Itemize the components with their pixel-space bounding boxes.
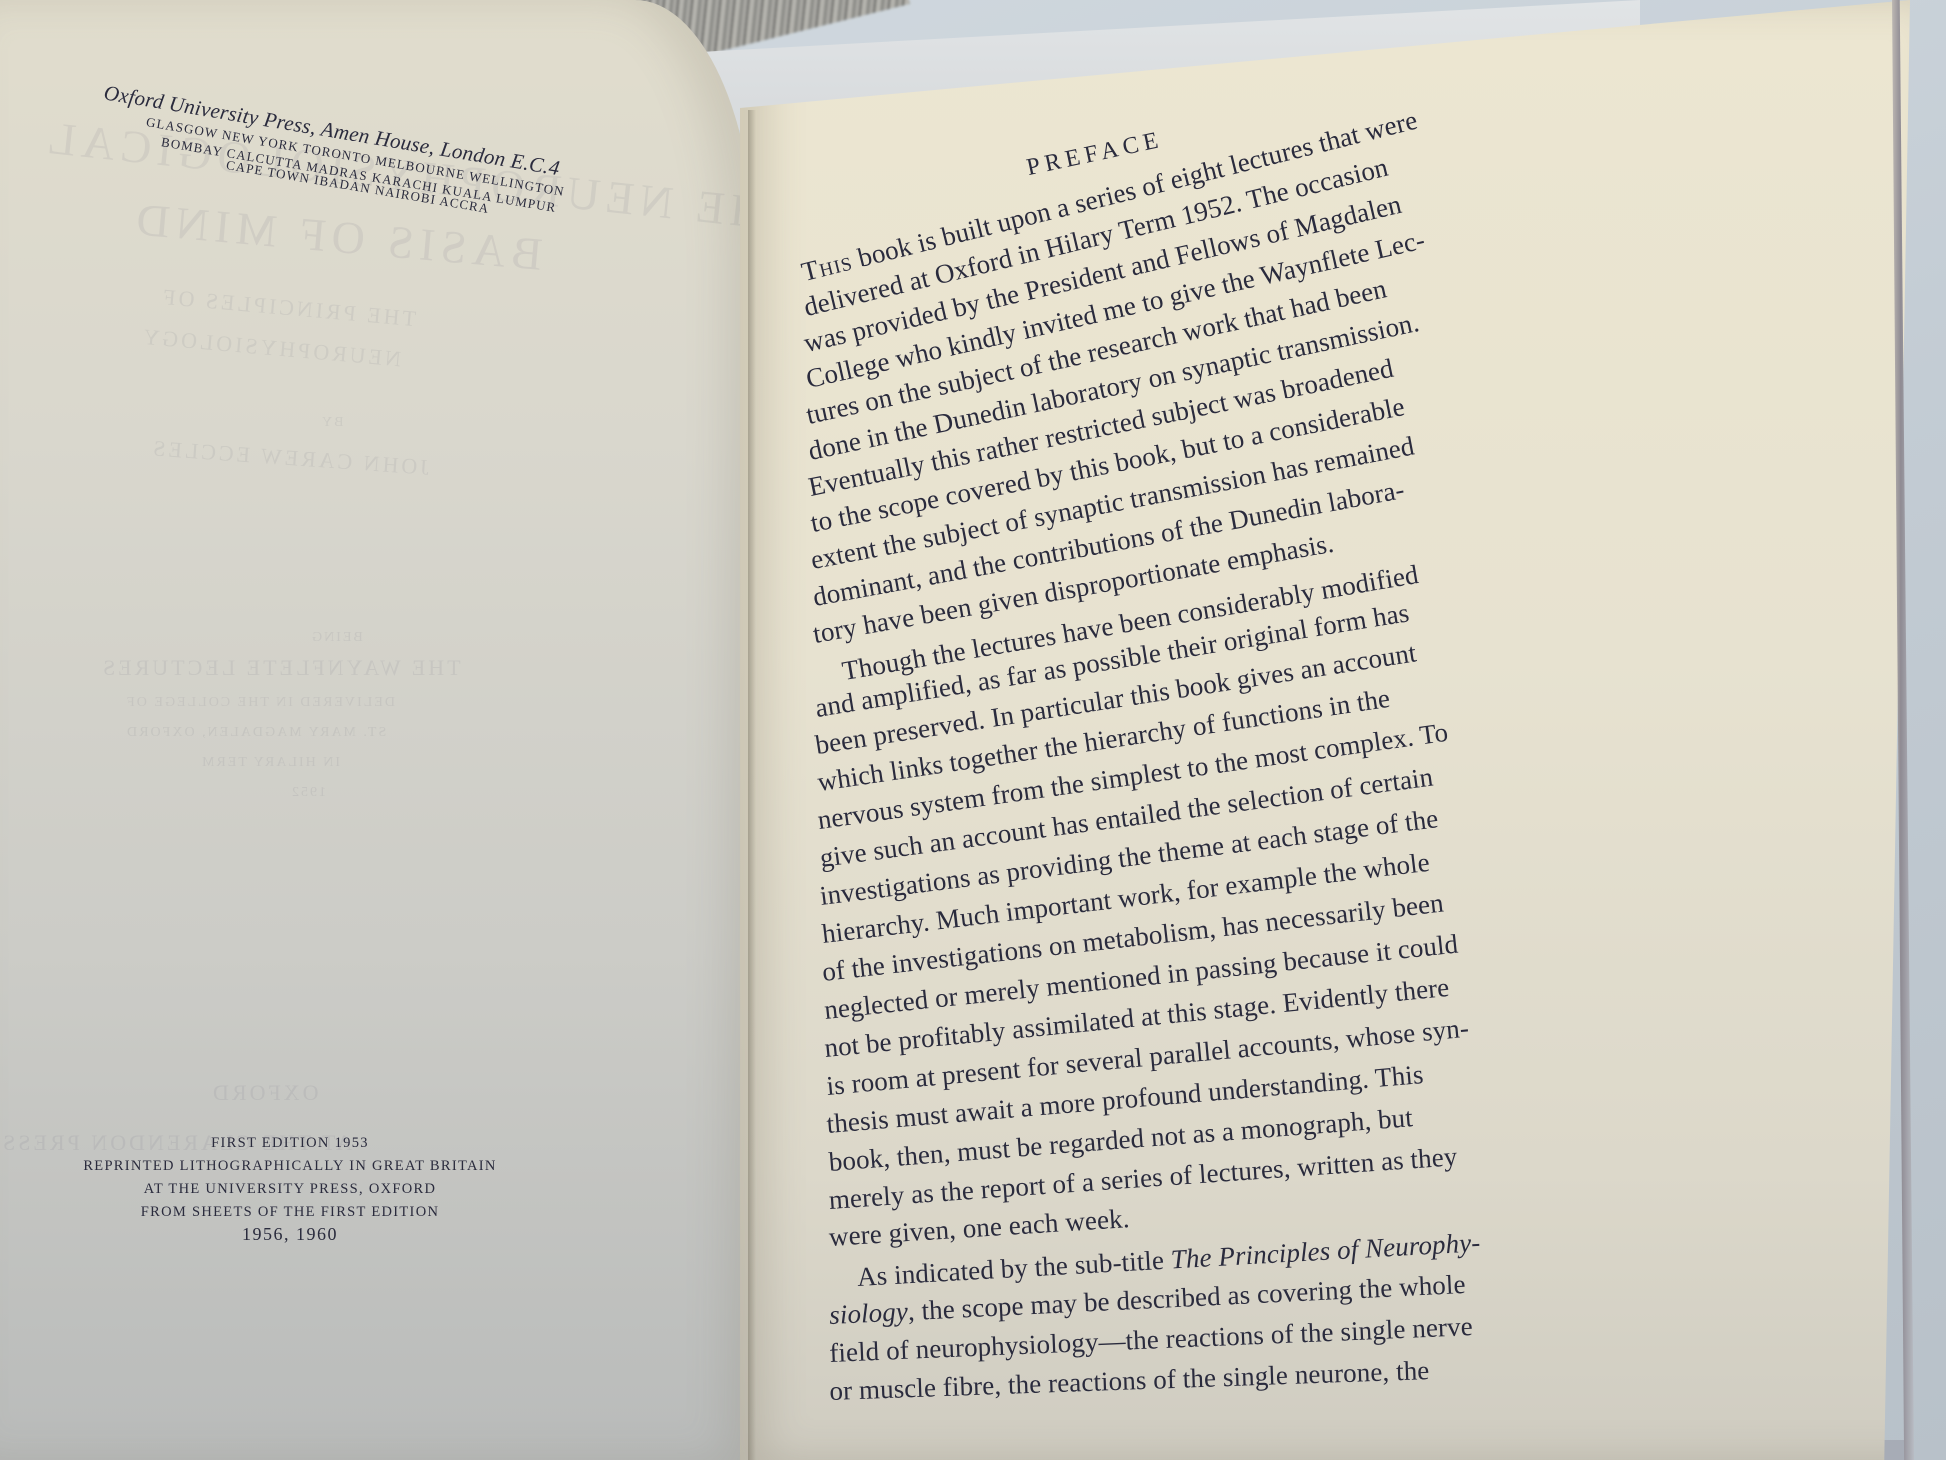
- colophon-years: 1956, 1960: [40, 1224, 540, 1245]
- ghost-being: BEING: [310, 630, 363, 646]
- gutter-shadow: [748, 110, 756, 1460]
- ghost-lectures-1: THE WAYNFLETE LECTURES: [100, 655, 461, 681]
- ghost-lectures-2: DELIVERED IN THE COLLEGE OF: [125, 695, 395, 711]
- ghost-by: BY: [320, 415, 343, 431]
- colophon-line-4: FROM SHEETS OF THE FIRST EDITION: [40, 1204, 540, 1221]
- colophon-line-1: FIRST EDITION 1953: [40, 1135, 540, 1152]
- ghost-lectures-5: 1952: [290, 785, 326, 801]
- ghost-press-1: OXFORD: [210, 1080, 318, 1106]
- colophon-line-3: AT THE UNIVERSITY PRESS, OXFORD: [40, 1181, 540, 1198]
- ghost-lectures-4: IN HILARY TERM: [200, 755, 340, 771]
- ghost-subtitle-1: THE PRINCIPLES OF: [159, 284, 417, 332]
- colophon-line-2: REPRINTED LITHOGRAPHICALLY IN GREAT BRIT…: [40, 1158, 540, 1175]
- ghost-lectures-3: ST. MARY MAGDALEN, OXFORD: [125, 725, 386, 741]
- left-page: THE NEUROPHYSIOLOGICAL BASIS OF MIND THE…: [0, 0, 755, 1460]
- ghost-subtitle-2: NEUROPHYSIOLOGY: [139, 324, 402, 373]
- ghost-author: JOHN CAREW ECCLES: [149, 435, 429, 480]
